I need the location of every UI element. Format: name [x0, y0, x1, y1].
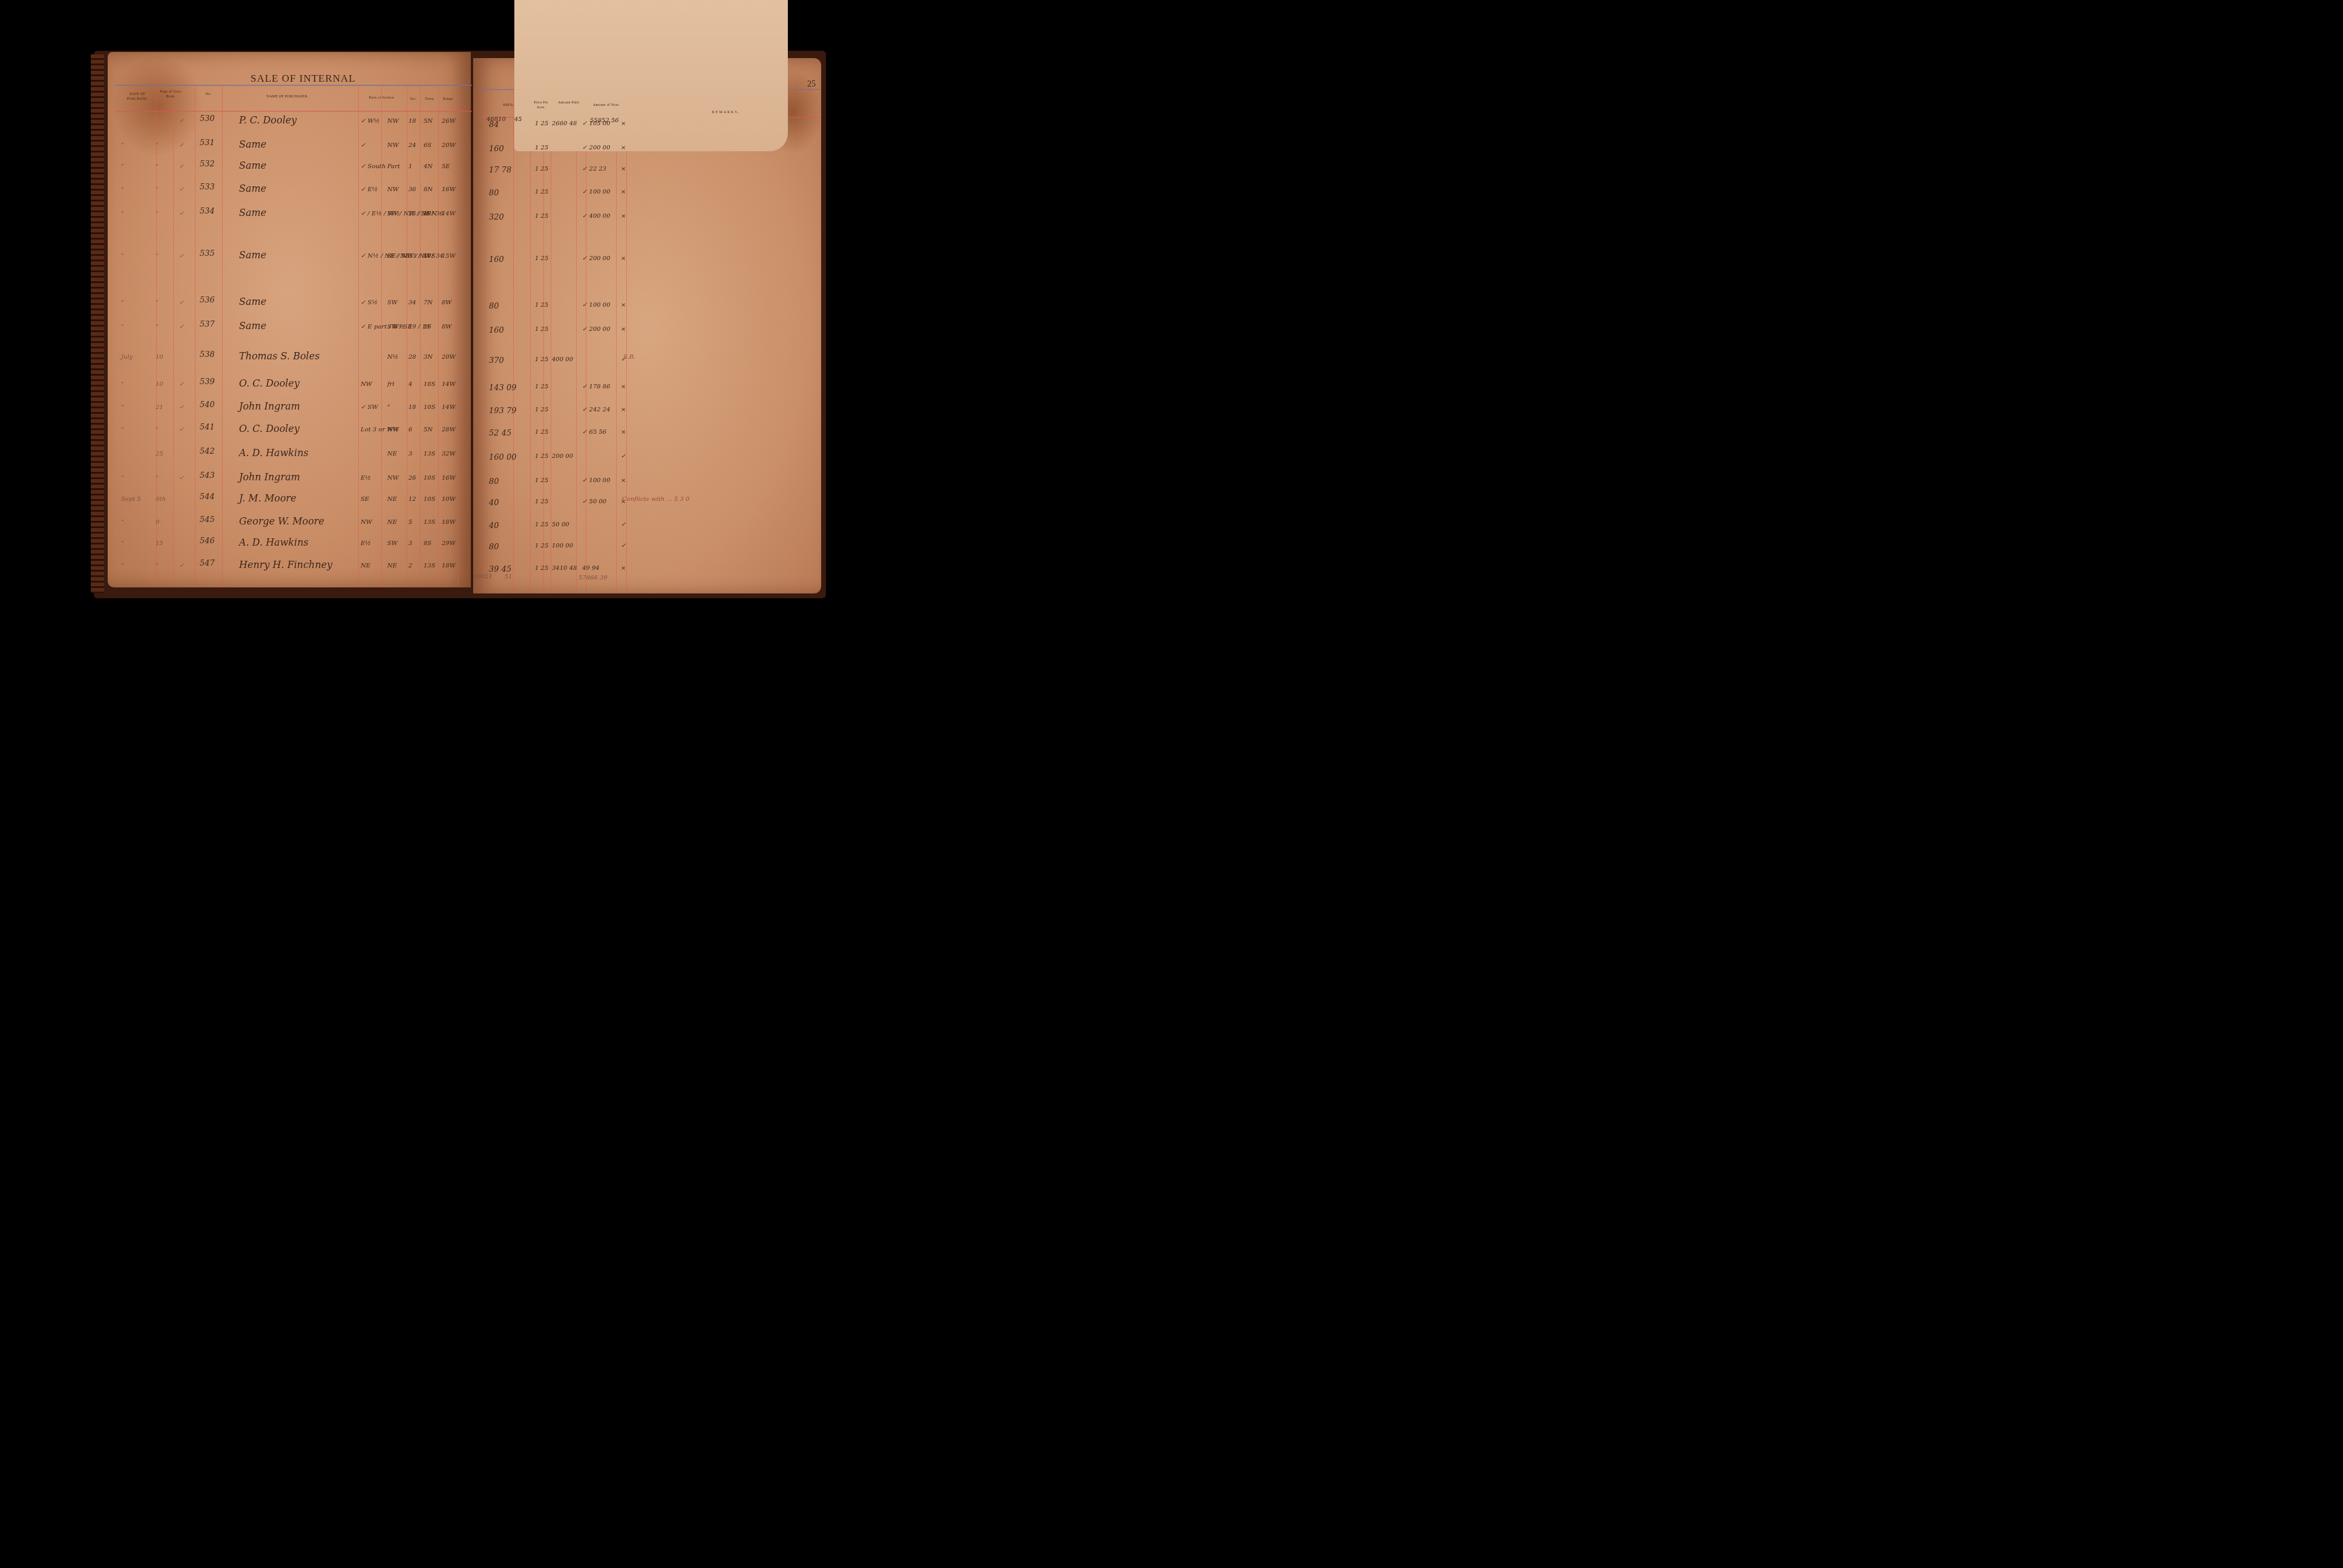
section: 34 — [408, 299, 416, 306]
note-mark: × — [621, 213, 626, 220]
tract-tick: ✓ — [179, 475, 184, 482]
header-price: Price Per Acre. — [531, 100, 551, 110]
date-day: " — [156, 475, 159, 482]
tract-tick: ✓ — [179, 324, 184, 330]
header-remarks: REMARKS. — [696, 110, 756, 115]
range: 18W — [442, 519, 456, 526]
note-mark: ✓ — [621, 521, 626, 528]
tract-tick: ✓ — [179, 163, 184, 170]
tract-tick: ✓ — [179, 299, 184, 306]
entry-number: 545 — [200, 515, 215, 524]
note-mark: × — [621, 429, 626, 436]
amount-paid: 3410 48 — [552, 565, 577, 572]
entry-number: 531 — [200, 139, 215, 148]
amount-of-note: ✓ 200 00 — [582, 145, 611, 151]
quarter: NW — [387, 142, 399, 149]
quarter: NW — [387, 118, 399, 125]
area: 160 — [489, 145, 504, 154]
range: 18W — [442, 563, 456, 569]
price-per-acre: 1 25 — [535, 213, 548, 220]
entry-number: 536 — [200, 296, 215, 305]
tract-tick: ✓ — [179, 563, 184, 569]
area: 40 — [489, 498, 499, 508]
note-mark: × — [621, 326, 626, 333]
purchaser-name: A. D. Hawkins — [239, 447, 309, 459]
date-month: " — [121, 404, 124, 411]
date-day: " — [156, 324, 159, 330]
purchaser-name: Thomas S. Boles — [239, 350, 319, 362]
township: 13S — [424, 451, 436, 457]
township: 5N — [424, 118, 433, 125]
purchaser-name: O. C. Dooley — [239, 423, 300, 434]
amount-of-note: ✓ 178 86 — [582, 384, 611, 390]
township: 13S — [424, 519, 436, 526]
parts-of-section: E½ — [361, 475, 371, 482]
tract-tick: ✓ — [179, 211, 184, 217]
entry-number: 535 — [200, 249, 215, 258]
tract-tick: ✓ — [179, 404, 184, 411]
purchaser-name: A. D. Hawkins — [239, 537, 309, 548]
area: 160 — [489, 326, 504, 335]
date-day: 10 — [156, 354, 163, 361]
date-day: 25 — [156, 451, 163, 457]
column-rule — [484, 91, 485, 593]
township: 5N — [424, 426, 433, 433]
area: 80 — [489, 302, 499, 311]
township: 10S — [424, 404, 436, 411]
entry-number: 533 — [200, 183, 215, 192]
area: 160 00 — [489, 453, 517, 462]
entry-number: 547 — [200, 559, 215, 568]
date-day: " — [156, 163, 159, 170]
quarter: SW — [387, 540, 398, 547]
purchaser-name: Same — [239, 296, 266, 307]
purchaser-name: John Ingram — [239, 471, 300, 483]
parts-of-section: ✓ — [361, 142, 365, 149]
quarter: frl — [387, 381, 395, 388]
carried-area-frac: 45 — [514, 116, 522, 123]
purchaser-name: George W. Moore — [239, 515, 324, 527]
section: 28 — [408, 354, 416, 361]
township: 3N — [424, 354, 433, 361]
price-per-acre: 1 25 — [535, 189, 548, 195]
section: 3 — [408, 451, 412, 457]
note-mark: ✓ — [621, 453, 626, 460]
header-parts: Parts of Section. — [361, 96, 403, 100]
column-rule — [381, 85, 382, 587]
header-page: Page of Tract Book. — [159, 90, 183, 99]
column-rule — [543, 112, 544, 593]
purchaser-name: O. C. Dooley — [239, 377, 300, 389]
purchaser-name: Same — [239, 249, 266, 261]
tract-tick: ✓ — [179, 426, 184, 433]
range: 8W — [442, 324, 452, 330]
area: 80 — [489, 543, 499, 552]
area: 193 79 — [489, 407, 517, 416]
purchaser-name: John Ingram — [239, 400, 300, 412]
township: 6S — [424, 142, 431, 149]
tract-tick: ✓ — [179, 186, 184, 193]
section: 2 — [408, 563, 412, 569]
column-rule — [458, 85, 459, 587]
amount-of-note: ✓ 400 00 — [582, 213, 611, 220]
total-area-frac: 51 — [505, 573, 513, 580]
area: 143 09 — [489, 384, 517, 393]
range: 5E — [442, 163, 450, 170]
amount-of-note: ✓ 100 00 — [582, 189, 611, 195]
column-rule — [530, 91, 531, 593]
range: 32W — [442, 451, 456, 457]
column-rule — [407, 85, 407, 587]
entry-number: 541 — [200, 423, 215, 432]
parts-of-section: NW — [361, 381, 372, 388]
entry-number: 532 — [200, 160, 215, 169]
parts-of-section: NW — [361, 519, 372, 526]
quarter: NE — [387, 519, 397, 526]
range: 20W — [442, 142, 456, 149]
township: 1S — [424, 324, 431, 330]
date-month: " — [121, 563, 124, 569]
date-month: " — [121, 253, 124, 260]
amount-of-note: ✓ 242 24 — [582, 407, 611, 413]
header-note: Amount of Note. — [587, 103, 626, 108]
date-day: " — [156, 211, 159, 217]
header-rule — [115, 111, 472, 112]
area: 17 78 — [489, 166, 511, 175]
entry-number: 530 — [200, 114, 215, 123]
purchaser-name: Same — [239, 139, 266, 150]
amount-of-note: ✓ 22 23 — [582, 166, 606, 172]
range: 16W — [442, 186, 456, 193]
quarter: NW — [387, 186, 399, 193]
range: 14W — [442, 381, 456, 388]
column-rule — [222, 85, 223, 587]
township: 19N — [424, 211, 436, 217]
parts-of-section: ✓ SW — [361, 404, 378, 411]
header-town: Town. — [421, 97, 438, 102]
note-mark: × — [621, 384, 626, 390]
price-per-acre: 1 25 — [535, 384, 548, 390]
range: 8W — [442, 299, 452, 306]
purchaser-name: Same — [239, 320, 266, 332]
range: 10W — [442, 496, 456, 503]
note-mark: × — [621, 255, 626, 262]
price-per-acre: 1 25 — [535, 302, 548, 309]
amount-paid: 50 00 — [552, 521, 569, 528]
page-edges — [91, 54, 104, 593]
entry-number: 544 — [200, 492, 215, 501]
date-day: 21 — [156, 404, 163, 411]
range: 28W — [442, 426, 456, 433]
purchaser-name: Henry H. Finchney — [239, 559, 332, 570]
total-area: 49021 — [473, 573, 493, 580]
header-date: DATE OF PURCHASE. — [119, 92, 156, 102]
township: 10S — [424, 253, 436, 260]
price-per-acre: 1 25 — [535, 326, 548, 333]
amount-of-note: ✓ 105 00 — [582, 120, 611, 127]
column-rule — [195, 85, 195, 587]
price-per-acre: 1 25 — [535, 120, 548, 127]
date-day: " — [156, 563, 159, 569]
tract-tick: ✓ — [179, 381, 184, 388]
amount-paid: 100 00 — [552, 543, 573, 549]
header-sec: Sec. — [407, 97, 420, 102]
area: 40 — [489, 521, 499, 531]
entry-number: 546 — [200, 537, 215, 546]
area: 320 — [489, 213, 504, 222]
entry-number: 540 — [200, 400, 215, 410]
area: 39 45 — [489, 565, 511, 574]
amount-of-note: ✓ 100 00 — [582, 477, 611, 484]
amount-paid: 200 00 — [552, 453, 573, 460]
parts-of-section: ✓ E½ — [361, 186, 378, 193]
price-per-acre: 1 25 — [535, 407, 548, 413]
tract-tick: ✓ — [179, 253, 184, 260]
price-per-acre: 1 25 — [535, 498, 548, 505]
date-day: " — [156, 426, 159, 433]
parts-of-section: ✓ W½ — [361, 118, 380, 125]
parts-of-section: ✓ S½ — [361, 299, 378, 306]
section: 4 — [408, 381, 412, 388]
note-mark: × — [621, 189, 626, 195]
note-mark: × — [621, 120, 626, 127]
quarter: SW — [387, 299, 398, 306]
folded-page-flap[interactable] — [514, 0, 788, 151]
parts-of-section: NE — [361, 563, 370, 569]
amount-of-note: ✓ 200 00 — [582, 255, 611, 262]
note-mark: × — [621, 565, 626, 572]
township: 7N — [424, 299, 433, 306]
section: 36 — [408, 186, 416, 193]
range: 20W — [442, 354, 456, 361]
note-mark: × — [621, 166, 626, 172]
note-mark: × — [621, 407, 626, 413]
date-month: " — [121, 381, 124, 388]
date-month: " — [121, 299, 124, 306]
date-day: 10 — [156, 381, 163, 388]
purchaser-name: J. M. Moore — [239, 492, 297, 504]
date-month: " — [121, 540, 124, 547]
tract-tick: ✓ — [179, 142, 184, 149]
area: 52 45 — [489, 429, 511, 438]
amount-of-note: ✓ 50 00 — [582, 498, 606, 505]
header-no: No. — [195, 92, 222, 97]
tract-tick: ✓ — [179, 118, 184, 125]
price-per-acre: 1 25 — [535, 166, 548, 172]
township: 8S — [424, 540, 431, 547]
amount-of-note: 49 94 — [582, 565, 600, 572]
purchaser-name: Same — [239, 183, 266, 194]
area: 84 — [489, 120, 499, 129]
date-month: July — [121, 354, 133, 361]
section: 1 — [408, 163, 412, 170]
column-rule — [513, 91, 514, 593]
entry-number: 534 — [200, 207, 215, 216]
range: 15W — [442, 253, 456, 260]
column-rule — [576, 112, 577, 593]
quarter: NE — [387, 451, 397, 457]
entry-number: 538 — [200, 350, 215, 359]
header-rule — [115, 85, 472, 86]
amount-of-note: ✓ 65 56 — [582, 429, 606, 436]
range: 29W — [442, 540, 456, 547]
township: 10S — [424, 475, 436, 482]
note-mark: × — [621, 477, 626, 484]
total-note: 57866 39 — [578, 575, 608, 581]
township: 10S — [424, 496, 436, 503]
page-number: 25 — [807, 80, 816, 90]
column-rule — [626, 91, 627, 593]
range: 14W — [442, 404, 456, 411]
price-per-acre: 1 25 — [535, 453, 548, 460]
range: 16W — [442, 475, 456, 482]
area: 370 — [489, 356, 504, 365]
header-area: AREA. — [490, 103, 526, 108]
date-day: 15 — [156, 540, 163, 547]
entry-number: 542 — [200, 447, 215, 456]
quarter: NE — [387, 496, 397, 503]
quarter: " — [387, 404, 390, 411]
section: 26 — [408, 475, 416, 482]
remarks: S.B. — [623, 354, 635, 361]
amount-paid: 400 00 — [552, 356, 573, 363]
note-mark: × — [621, 302, 626, 309]
remarks: Conflicts with ... 5 3 0 — [622, 496, 689, 503]
township: 4N — [424, 163, 433, 170]
area: 80 — [489, 189, 499, 198]
price-per-acre: 1 25 — [535, 565, 548, 572]
date-day: " — [156, 253, 159, 260]
header-name: NAME OF PURCHASER. — [242, 94, 333, 99]
quarter: NW — [387, 426, 399, 433]
date-month: " — [121, 211, 124, 217]
section: 12 — [408, 496, 416, 503]
date-month: Sept 5 — [121, 496, 141, 503]
township: 18S — [424, 381, 436, 388]
price-per-acre: 1 25 — [535, 477, 548, 484]
section: 18 — [408, 118, 416, 125]
date-month: " — [121, 163, 124, 170]
date-month: " — [121, 186, 124, 193]
header-paid: Amount Paid. — [552, 100, 586, 105]
section: 5 — [408, 519, 412, 526]
township: 8N — [424, 186, 433, 193]
amount-of-note: ✓ 100 00 — [582, 302, 611, 309]
entry-number: 539 — [200, 377, 215, 387]
date-day: 9 — [156, 519, 159, 526]
area: 80 — [489, 477, 499, 486]
section: 24 — [408, 142, 416, 149]
column-rule — [173, 85, 174, 587]
column-rule — [616, 112, 617, 593]
date-day: " — [156, 142, 159, 149]
quarter: Part — [387, 163, 400, 170]
note-mark: ✓ — [621, 543, 626, 549]
range: 14W — [442, 211, 456, 217]
parts-of-section: ✓ South — [361, 163, 385, 170]
column-rule — [358, 85, 359, 587]
header-range: Range. — [439, 97, 457, 102]
ledger-title: SALE OF INTERNAL — [251, 73, 356, 85]
range: 26W — [442, 118, 456, 125]
price-per-acre: 1 25 — [535, 356, 548, 363]
date-day: " — [156, 186, 159, 193]
section: 18 — [408, 404, 416, 411]
column-rule — [438, 85, 439, 587]
quarter: N½ — [387, 354, 398, 361]
note-mark: × — [621, 145, 626, 151]
amount-paid: 2660 48 — [552, 120, 577, 127]
parts-of-section: SE — [361, 496, 369, 503]
purchaser-name: P. C. Dooley — [239, 114, 297, 126]
entry-number: 537 — [200, 320, 215, 329]
column-rule — [420, 85, 421, 587]
section: 3 — [408, 540, 412, 547]
date-month: " — [121, 519, 124, 526]
purchaser-name: Same — [239, 160, 266, 171]
section: 6 — [408, 426, 412, 433]
column-rule — [551, 91, 551, 593]
amount-of-note: ✓ 200 00 — [582, 326, 611, 333]
date-day: " — [156, 299, 159, 306]
purchaser-name: Same — [239, 207, 266, 218]
price-per-acre: 1 25 — [535, 521, 548, 528]
column-rule — [156, 85, 157, 587]
quarter: NE — [387, 563, 397, 569]
date-month: " — [121, 324, 124, 330]
area: 160 — [489, 255, 504, 264]
parts-of-section: E½ — [361, 540, 371, 547]
date-month: " — [121, 475, 124, 482]
quarter: NW — [387, 475, 399, 482]
price-per-acre: 1 25 — [535, 543, 548, 549]
date-month: " — [121, 142, 124, 149]
entry-number: 543 — [200, 471, 215, 480]
township: 13S — [424, 563, 436, 569]
date-day: 8th — [156, 496, 166, 503]
date-month: " — [121, 426, 124, 433]
price-per-acre: 1 25 — [535, 255, 548, 262]
price-per-acre: 1 25 — [535, 145, 548, 151]
price-per-acre: 1 25 — [535, 429, 548, 436]
